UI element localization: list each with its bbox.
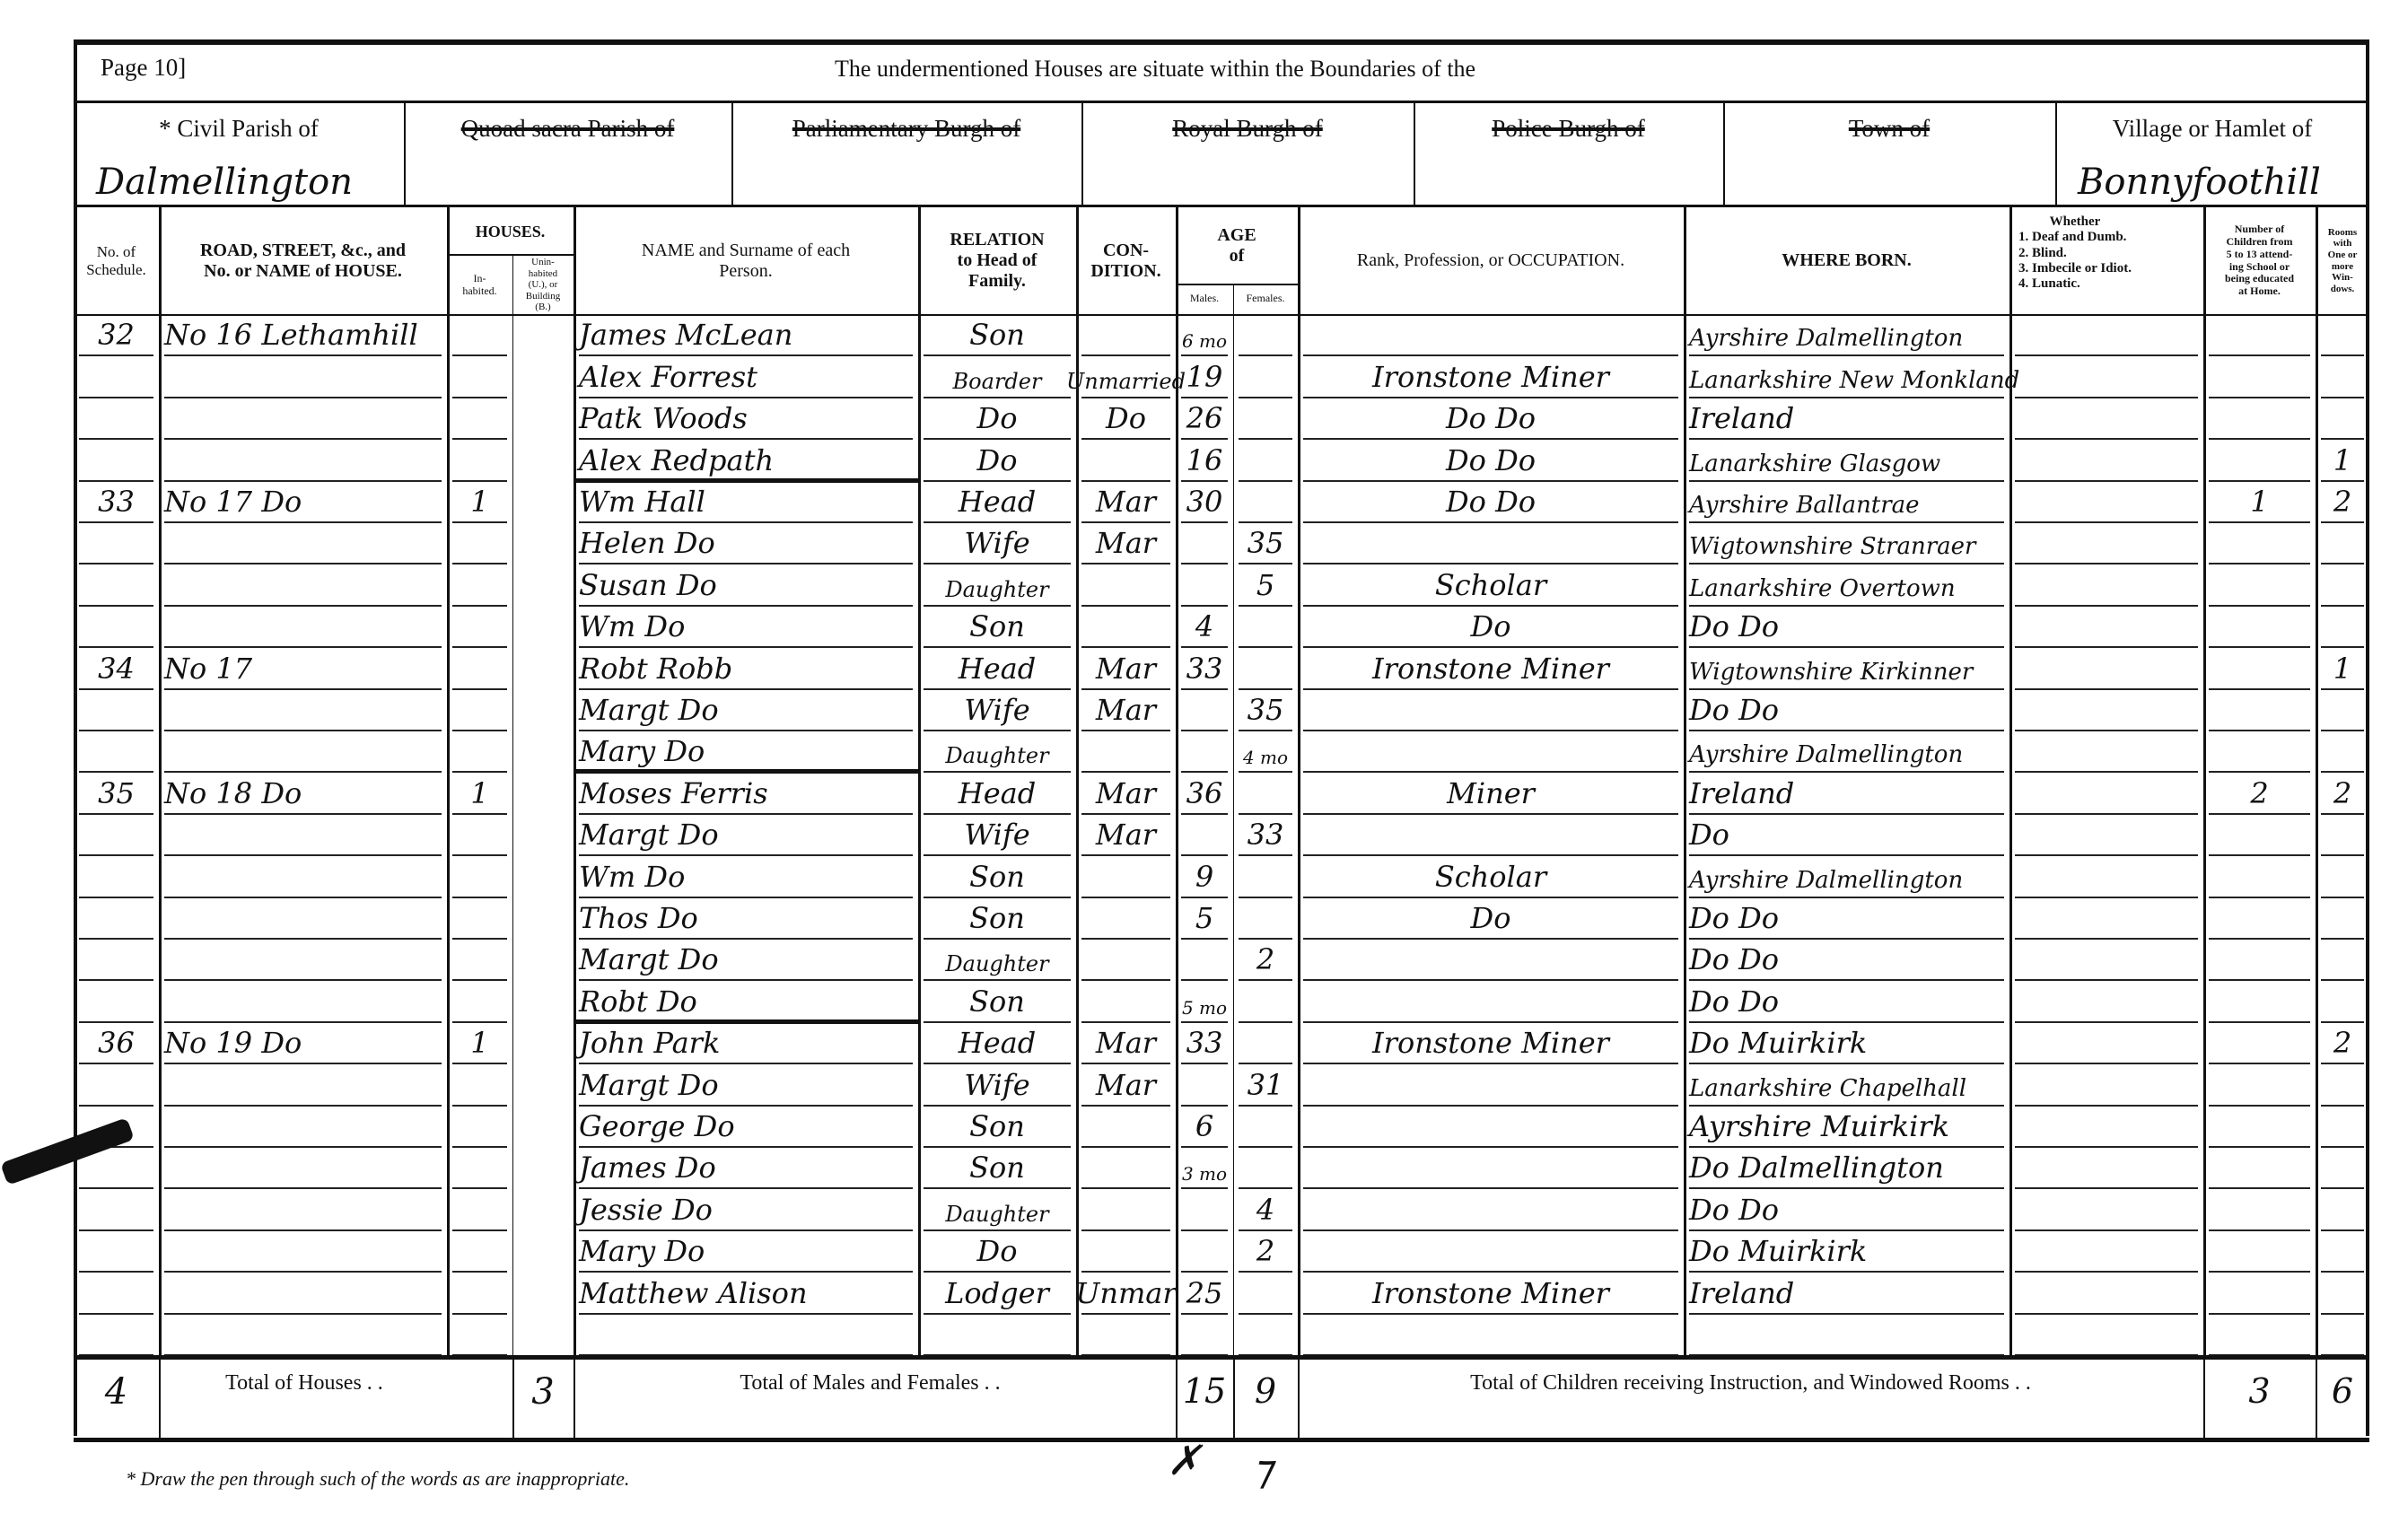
header-name: NAME and Surname of eachPerson.: [573, 207, 918, 314]
header-rooms: RoomswithOne ormoreWin-dows.: [2316, 207, 2369, 314]
cell-name: John Park: [579, 1022, 913, 1063]
cell-occupation: Ironstone Miner: [1303, 647, 1678, 688]
cell-born: [1689, 1314, 2004, 1355]
cell-occupation: [1303, 731, 1678, 772]
header-where-born: WHERE BORN.: [1684, 207, 2009, 314]
cell-road: [164, 731, 442, 772]
cell-inhabited: [452, 439, 507, 480]
table-row: 34No 17Robt RobbHeadMar33Ironstone Miner…: [0, 647, 2399, 688]
cell-inhabited: [452, 1147, 507, 1188]
total-children: 3: [2203, 1371, 2316, 1411]
cell-relation: Daughter: [924, 731, 1071, 772]
cell-occupation: Do Do: [1303, 439, 1678, 480]
cell-occupation: [1303, 814, 1678, 855]
cell-schedule: [79, 355, 153, 397]
cell-condition: [1081, 1188, 1170, 1229]
cell-name: Mary Do: [579, 731, 913, 772]
cell-male-age: [1181, 939, 1228, 980]
cell-rooms: [2321, 398, 2364, 439]
cell-schedule: [79, 1063, 153, 1105]
cell-born: Ayrshire Muirkirk: [1689, 1106, 2004, 1147]
cell-schedule: [79, 855, 153, 897]
cell-condition: [1081, 897, 1170, 939]
cell-occupation: Do Do: [1303, 398, 1678, 439]
cell-inhabited: [452, 689, 507, 731]
cell-children: 1: [2209, 481, 2310, 522]
cell-condition: Mar: [1081, 689, 1170, 731]
cell-born: Do Do: [1689, 1188, 2004, 1229]
cell-male-age: 36: [1181, 772, 1228, 813]
cell-schedule: [79, 1272, 153, 1313]
header-whether: Whether1. Deaf and Dumb.2. Blind.3. Imbe…: [2018, 214, 2132, 292]
cell-road: [164, 522, 442, 564]
cell-occupation: Do: [1303, 897, 1678, 939]
cell-name: Matthew Alison: [579, 1272, 913, 1313]
cell-schedule: [79, 1188, 153, 1229]
boundary-label: * Civil Parish of: [74, 115, 404, 143]
table-row: Mary DoDo2Do Muirkirk: [0, 1230, 2399, 1272]
cell-relation: Son: [924, 897, 1071, 939]
cell-rooms: 1: [2321, 439, 2364, 480]
cell-children: [2209, 855, 2310, 897]
cell-born: Do Dalmellington: [1689, 1147, 2004, 1188]
cell-schedule: [79, 731, 153, 772]
cell-female-age: 35: [1239, 689, 1292, 731]
total-houses-inhabited: 3: [512, 1371, 573, 1413]
cell-born: Ireland: [1689, 1272, 2004, 1313]
cell-name: James Do: [579, 1147, 913, 1188]
cell-relation: Son: [924, 606, 1071, 647]
cell-female-age: 2: [1239, 1230, 1292, 1272]
cell-children: [2209, 1063, 2310, 1105]
cell-female-age: [1239, 398, 1292, 439]
cell-children: [2209, 647, 2310, 688]
cell-inhabited: [452, 1063, 507, 1105]
cell-occupation: [1303, 1063, 1678, 1105]
cell-rooms: [2321, 939, 2364, 980]
cell-occupation: Ironstone Miner: [1303, 355, 1678, 397]
cell-born: Do Do: [1689, 980, 2004, 1021]
cell-schedule: [79, 689, 153, 731]
header-children: Number ofChildren from5 to 13 attend-ing…: [2203, 207, 2316, 314]
cell-born: Do Muirkirk: [1689, 1230, 2004, 1272]
cell-schedule: [79, 564, 153, 605]
cell-schedule: [79, 980, 153, 1021]
cell-born: Ayrshire Dalmellington: [1689, 731, 2004, 772]
cell-inhabited: 1: [452, 481, 507, 522]
cell-male-age: 33: [1181, 1022, 1228, 1063]
cell-born: Ireland: [1689, 398, 2004, 439]
cell-rooms: 1: [2321, 647, 2364, 688]
cell-relation: Do: [924, 1230, 1071, 1272]
cell-born: Do Do: [1689, 939, 2004, 980]
cell-inhabited: [452, 564, 507, 605]
cell-born: Ireland: [1689, 772, 2004, 813]
header-houses: HOUSES.: [447, 207, 573, 256]
table-row: Wm DoSon9ScholarAyrshire Dalmellington: [0, 855, 2399, 897]
cell-male-age: [1181, 731, 1228, 772]
cell-inhabited: 1: [452, 772, 507, 813]
cell-condition: [1081, 855, 1170, 897]
cell-name: Alex Redpath: [579, 439, 913, 480]
cell-male-age: [1181, 522, 1228, 564]
cell-female-age: 35: [1239, 522, 1292, 564]
cell-condition: [1081, 606, 1170, 647]
cell-relation: Son: [924, 855, 1071, 897]
total-houses-label: Total of Houses . .: [159, 1371, 450, 1396]
cell-male-age: 16: [1181, 439, 1228, 480]
cell-rooms: [2321, 897, 2364, 939]
cell-inhabited: [452, 897, 507, 939]
cell-road: [164, 1230, 442, 1272]
cell-condition: Mar: [1081, 1063, 1170, 1105]
cell-relation: Wife: [924, 814, 1071, 855]
cell-schedule: [79, 814, 153, 855]
cell-relation: Head: [924, 647, 1071, 688]
table-row: 36No 19 Do1John ParkHeadMar33Ironstone M…: [0, 1022, 2399, 1063]
cell-name: Susan Do: [579, 564, 913, 605]
cell-condition: Mar: [1081, 1022, 1170, 1063]
cell-female-age: 33: [1239, 814, 1292, 855]
cell-road: [164, 606, 442, 647]
table-row: [0, 1314, 2399, 1355]
cell-condition: Mar: [1081, 522, 1170, 564]
cell-born: Do: [1689, 814, 2004, 855]
cell-male-age: 33: [1181, 647, 1228, 688]
cell-condition: [1081, 1147, 1170, 1188]
cell-occupation: [1303, 1314, 1678, 1355]
cell-occupation: [1303, 980, 1678, 1021]
cell-children: [2209, 897, 2310, 939]
cell-female-age: 2: [1239, 939, 1292, 980]
boundary-label: Police Burgh of: [1414, 115, 1723, 143]
cell-occupation: Scholar: [1303, 564, 1678, 605]
cell-rooms: [2321, 1272, 2364, 1313]
cell-occupation: Miner: [1303, 772, 1678, 813]
cell-rooms: 2: [2321, 1022, 2364, 1063]
cell-rooms: [2321, 1230, 2364, 1272]
cell-female-age: [1239, 1022, 1292, 1063]
cell-condition: [1081, 1230, 1170, 1272]
cell-relation: Do: [924, 439, 1071, 480]
boundary-label: Parliamentary Burgh of: [731, 115, 1081, 143]
cell-occupation: [1303, 1188, 1678, 1229]
cell-relation: Boarder: [924, 355, 1071, 397]
cell-male-age: [1181, 1063, 1228, 1105]
cell-female-age: 31: [1239, 1063, 1292, 1105]
tally-mark: ⁊: [1252, 1445, 1273, 1493]
cell-male-age: [1181, 1230, 1228, 1272]
cell-children: [2209, 1272, 2310, 1313]
cell-inhabited: [452, 814, 507, 855]
cell-born: Ayrshire Dalmellington: [1689, 855, 2004, 897]
cell-inhabited: [452, 1106, 507, 1147]
cell-occupation: [1303, 1230, 1678, 1272]
cell-children: [2209, 1314, 2310, 1355]
cell-condition: [1081, 731, 1170, 772]
cell-road: No 19 Do: [164, 1022, 442, 1063]
cell-rooms: [2321, 689, 2364, 731]
cell-road: [164, 439, 442, 480]
cell-relation: Son: [924, 1147, 1071, 1188]
cell-relation: Son: [924, 1106, 1071, 1147]
cell-road: [164, 1147, 442, 1188]
cell-condition: [1081, 1314, 1170, 1355]
cell-road: [164, 855, 442, 897]
cell-inhabited: [452, 939, 507, 980]
header-inhabited: In-habited.: [447, 256, 512, 314]
table-row: Mary DoDaughter4 moAyrshire Dalmellingto…: [0, 731, 2399, 772]
cell-children: [2209, 689, 2310, 731]
cell-inhabited: [452, 355, 507, 397]
cell-born: Lanarkshire New Monkland: [1689, 355, 2004, 397]
cell-schedule: [79, 522, 153, 564]
table-row: Thos DoSon5DoDo Do: [0, 897, 2399, 939]
cell-condition: Mar: [1081, 814, 1170, 855]
table-row: 33No 17 Do1Wm HallHeadMar30Do DoAyrshire…: [0, 481, 2399, 522]
table-row: Alex ForrestBoarderUnmarried19Ironstone …: [0, 355, 2399, 397]
cell-rooms: [2321, 564, 2364, 605]
divider: [74, 1438, 2369, 1442]
total-schedules: 4: [74, 1371, 159, 1413]
cell-name: Thos Do: [579, 897, 913, 939]
cell-condition: [1081, 564, 1170, 605]
header-road: ROAD, STREET, &c., andNo. or NAME of HOU…: [159, 207, 447, 314]
tally-mark: ✗: [1167, 1436, 1202, 1484]
cell-female-age: [1239, 1314, 1292, 1355]
cell-condition: Mar: [1081, 647, 1170, 688]
boundary-label: Quoad sacra Parish of: [404, 115, 731, 143]
cell-relation: Head: [924, 481, 1071, 522]
table-row: Patk WoodsDoDo26Do DoIreland: [0, 398, 2399, 439]
cell-relation: Wife: [924, 689, 1071, 731]
cell-road: [164, 1272, 442, 1313]
cell-inhabited: [452, 522, 507, 564]
divider: [74, 1355, 2369, 1360]
header-occupation: Rank, Profession, or OCCUPATION.: [1298, 207, 1684, 314]
cell-male-age: [1181, 1314, 1228, 1355]
cell-female-age: 5: [1239, 564, 1292, 605]
cell-children: [2209, 980, 2310, 1021]
cell-born: Do Do: [1689, 689, 2004, 731]
cell-male-age: 6 mo: [1181, 314, 1228, 355]
cell-name: [579, 1314, 913, 1355]
cell-rooms: [2321, 522, 2364, 564]
table-row: 35No 18 Do1Moses FerrisHeadMar36MinerIre…: [0, 772, 2399, 813]
header-females: Females.: [1233, 284, 1298, 314]
cell-born: Wigtownshire Stranraer: [1689, 522, 2004, 564]
table-row: Matthew AlisonLodgerUnmar25Ironstone Min…: [0, 1272, 2399, 1313]
cell-female-age: [1239, 1147, 1292, 1188]
table-row: Alex RedpathDo16Do DoLanarkshire Glasgow…: [0, 439, 2399, 480]
cell-born: Lanarkshire Chapelhall: [1689, 1063, 2004, 1105]
table-row: Helen DoWifeMar35Wigtownshire Stranraer: [0, 522, 2399, 564]
cell-road: [164, 398, 442, 439]
cell-rooms: [2321, 855, 2364, 897]
cell-road: [164, 1063, 442, 1105]
cell-male-age: [1181, 564, 1228, 605]
cell-name: Margt Do: [579, 1063, 913, 1105]
cell-relation: Do: [924, 398, 1071, 439]
cell-condition: Unmarried: [1081, 355, 1170, 397]
cell-occupation: Ironstone Miner: [1303, 1272, 1678, 1313]
cell-rooms: [2321, 314, 2364, 355]
cell-relation: Son: [924, 314, 1071, 355]
boundary-label: Village or Hamlet of: [2055, 115, 2369, 143]
cell-condition: [1081, 1106, 1170, 1147]
cell-male-age: 5: [1181, 897, 1228, 939]
cell-female-age: [1239, 1106, 1292, 1147]
cell-rooms: 2: [2321, 481, 2364, 522]
cell-children: [2209, 564, 2310, 605]
cell-inhabited: [452, 647, 507, 688]
cell-name: Margt Do: [579, 689, 913, 731]
table-row: Margt DoWifeMar35Do Do: [0, 689, 2399, 731]
cell-children: [2209, 606, 2310, 647]
cell-female-age: [1239, 606, 1292, 647]
table-row: Jessie DoDaughter4Do Do: [0, 1188, 2399, 1229]
cell-born: Wigtownshire Kirkinner: [1689, 647, 2004, 688]
cell-road: [164, 1314, 442, 1355]
cell-occupation: [1303, 689, 1678, 731]
cell-name: Margt Do: [579, 939, 913, 980]
cell-born: Lanarkshire Overtown: [1689, 564, 2004, 605]
cell-name: Wm Do: [579, 606, 913, 647]
cell-children: 2: [2209, 772, 2310, 813]
cell-condition: Mar: [1081, 772, 1170, 813]
cell-inhabited: [452, 606, 507, 647]
header-uninhabited: Unin-habited(U.), orBuilding(B.): [512, 256, 573, 314]
cell-children: [2209, 314, 2310, 355]
cell-occupation: [1303, 522, 1678, 564]
cell-children: [2209, 1022, 2310, 1063]
cell-female-age: [1239, 897, 1292, 939]
cell-rooms: [2321, 1063, 2364, 1105]
cell-children: [2209, 355, 2310, 397]
cell-relation: Son: [924, 980, 1071, 1021]
cell-female-age: [1239, 314, 1292, 355]
boundary-label: Town of: [1723, 115, 2055, 143]
cell-male-age: [1181, 689, 1228, 731]
cell-schedule: 36: [79, 1022, 153, 1063]
cell-female-age: [1239, 980, 1292, 1021]
cell-road: [164, 1106, 442, 1147]
cell-name: George Do: [579, 1106, 913, 1147]
cell-occupation: Ironstone Miner: [1303, 1022, 1678, 1063]
cell-children: [2209, 522, 2310, 564]
cell-inhabited: [452, 398, 507, 439]
cell-relation: Wife: [924, 1063, 1071, 1105]
cell-relation: Daughter: [924, 939, 1071, 980]
total-males: 15: [1176, 1371, 1233, 1411]
table-row: Margt DoDaughter2Do Do: [0, 939, 2399, 980]
cell-children: [2209, 731, 2310, 772]
cell-children: [2209, 1188, 2310, 1229]
header-males: Males.: [1176, 284, 1233, 314]
cell-rooms: [2321, 1188, 2364, 1229]
cell-schedule: 33: [79, 481, 153, 522]
column-divider: [159, 1355, 161, 1438]
cell-born: Ayrshire Dalmellington: [1689, 314, 2004, 355]
column-divider: [1298, 1355, 1300, 1438]
cell-rooms: [2321, 1314, 2364, 1355]
cell-name: Patk Woods: [579, 398, 913, 439]
cell-name: Moses Ferris: [579, 772, 913, 813]
cell-male-age: 30: [1181, 481, 1228, 522]
cell-schedule: 32: [79, 314, 153, 355]
header-condition: CON-DITION.: [1076, 207, 1176, 314]
cell-male-age: [1181, 1188, 1228, 1229]
cell-road: No 18 Do: [164, 772, 442, 813]
cell-relation: Lodger: [924, 1272, 1071, 1313]
cell-female-age: [1239, 355, 1292, 397]
cell-condition: [1081, 314, 1170, 355]
cell-schedule: [79, 939, 153, 980]
table-row: Margt DoWifeMar31Lanarkshire Chapelhall: [0, 1063, 2399, 1105]
cell-road: [164, 897, 442, 939]
cell-occupation: [1303, 939, 1678, 980]
cell-name: Wm Hall: [579, 481, 913, 522]
cell-rooms: [2321, 814, 2364, 855]
cell-relation: Wife: [924, 522, 1071, 564]
column-divider: [573, 1355, 575, 1438]
cell-female-age: 4 mo: [1239, 731, 1292, 772]
header-relation: RELATIONto Head ofFamily.: [918, 207, 1076, 314]
cell-schedule: 35: [79, 772, 153, 813]
cell-children: [2209, 439, 2310, 480]
cell-name: Robt Robb: [579, 647, 913, 688]
cell-inhabited: [452, 314, 507, 355]
table-row: Margt DoWifeMar33Do: [0, 814, 2399, 855]
cell-road: [164, 939, 442, 980]
cell-name: Wm Do: [579, 855, 913, 897]
cell-inhabited: [452, 1188, 507, 1229]
cell-rooms: 2: [2321, 772, 2364, 813]
cell-inhabited: 1: [452, 1022, 507, 1063]
footnote: * Draw the pen through such of the words…: [126, 1467, 629, 1491]
cell-schedule: [79, 439, 153, 480]
cell-female-age: 4: [1239, 1188, 1292, 1229]
cell-relation: [924, 1314, 1071, 1355]
cell-inhabited: [452, 731, 507, 772]
cell-male-age: 26: [1181, 398, 1228, 439]
cell-rooms: [2321, 1106, 2364, 1147]
cell-female-age: [1239, 647, 1292, 688]
table-row: Susan DoDaughter5ScholarLanarkshire Over…: [0, 564, 2399, 605]
cell-condition: [1081, 939, 1170, 980]
cell-male-age: 3 mo: [1181, 1147, 1228, 1188]
cell-rooms: [2321, 355, 2364, 397]
cell-male-age: 19: [1181, 355, 1228, 397]
cell-occupation: Scholar: [1303, 855, 1678, 897]
divider: [74, 101, 2369, 103]
cell-inhabited: [452, 1272, 507, 1313]
cell-female-age: [1239, 772, 1292, 813]
header-age: AGEof: [1176, 207, 1298, 284]
cell-name: Robt Do: [579, 980, 913, 1021]
cell-schedule: 34: [79, 647, 153, 688]
cell-road: [164, 689, 442, 731]
cell-male-age: 25: [1181, 1272, 1228, 1313]
cell-male-age: 5 mo: [1181, 980, 1228, 1021]
cell-schedule: [79, 1230, 153, 1272]
cell-female-age: [1239, 1272, 1292, 1313]
cell-road: [164, 980, 442, 1021]
cell-rooms: [2321, 980, 2364, 1021]
cell-born: Lanarkshire Glasgow: [1689, 439, 2004, 480]
cell-road: No 17 Do: [164, 481, 442, 522]
cell-inhabited: [452, 980, 507, 1021]
